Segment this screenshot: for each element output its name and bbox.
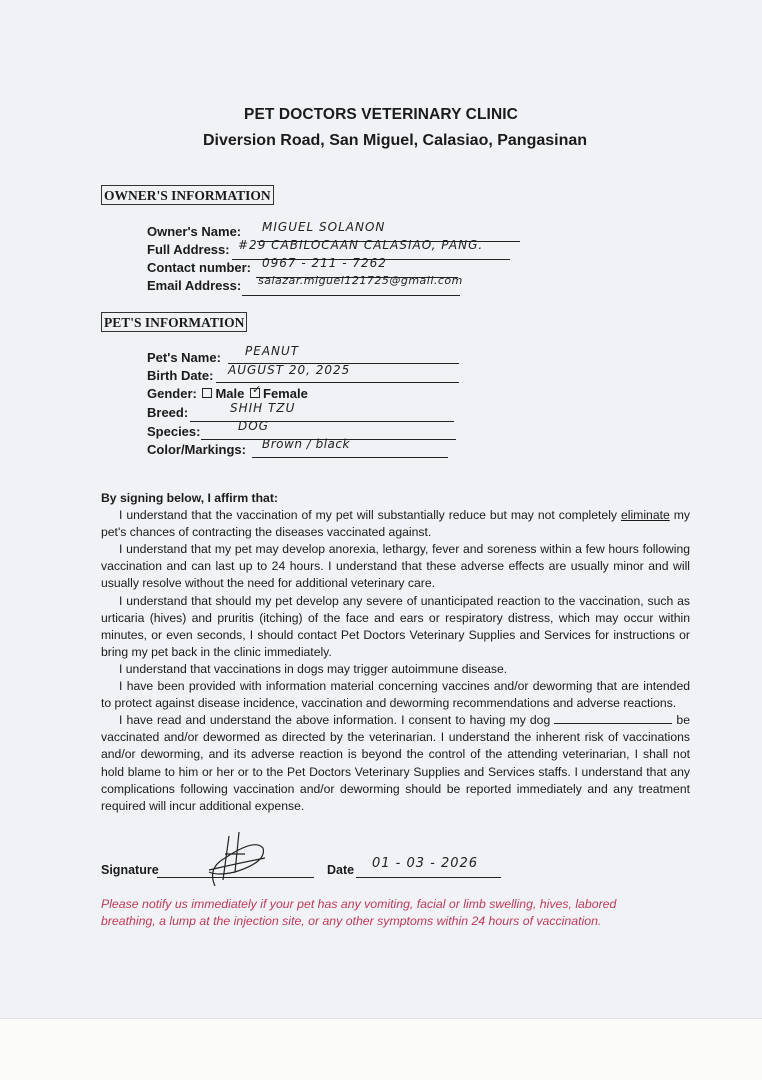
owner-section-heading: OWNER'S INFORMATION <box>101 185 274 205</box>
checkmark-icon: ✓ <box>252 383 261 396</box>
pet-name-value: PEANUT <box>245 344 299 358</box>
female-option-label: Female <box>263 386 308 401</box>
full-address-value: #29 CABILOCAAN CALASIAO, PANG. <box>238 238 483 252</box>
email-address-label: Email Address: <box>147 278 241 293</box>
contact-number-value: 0967 - 211 - 7262 <box>262 256 387 270</box>
birth-date-value: AUGUST 20, 2025 <box>228 363 350 377</box>
species-label: Species: <box>147 424 200 439</box>
color-markings-label: Color/Markings: <box>147 442 246 457</box>
breed-label: Breed: <box>147 405 188 420</box>
female-checkbox[interactable]: ✓ <box>250 388 260 398</box>
pet-name-label: Pet's Name: <box>147 350 221 365</box>
email-address-value: salazar.miguel121725@gmail.com <box>258 274 463 287</box>
signature-scribble-icon <box>195 828 275 890</box>
birth-date-label: Birth Date: <box>147 368 213 383</box>
male-option-label: Male <box>215 386 244 401</box>
consent-paragraph-1: I understand that the vaccination of my … <box>101 507 690 541</box>
scan-background <box>0 1018 762 1080</box>
owner-name-label: Owner's Name: <box>147 224 241 239</box>
consent-paragraph-5: I have been provided with information ma… <box>101 678 690 712</box>
owner-name-value: MIGUEL SOLANON <box>262 220 385 234</box>
gender-row: Gender: Male ✓Female <box>147 386 308 401</box>
consent-text: By signing below, I affirm that: I under… <box>101 490 690 815</box>
date-label: Date <box>327 863 354 877</box>
clinic-title: PET DOCTORS VETERINARY CLINIC <box>0 106 762 124</box>
male-checkbox[interactable] <box>202 388 212 398</box>
species-value: DOG <box>238 419 269 433</box>
aftercare-notice: Please notify us immediately if your pet… <box>101 896 661 930</box>
pet-section-heading: PET'S INFORMATION <box>101 312 247 332</box>
consent-paragraph-6: I have read and understand the above inf… <box>101 712 690 815</box>
date-value: 01 - 03 - 2026 <box>372 856 478 871</box>
consent-paragraph-2: I understand that my pet may develop ano… <box>101 541 690 592</box>
dog-name-blank[interactable] <box>554 712 672 724</box>
consent-paragraph-3: I understand that should my pet develop … <box>101 593 690 661</box>
breed-value: SHIH TZU <box>230 401 295 415</box>
full-address-label: Full Address: <box>147 242 230 257</box>
contact-number-label: Contact number: <box>147 260 251 275</box>
consent-lead: By signing below, I affirm that: <box>101 490 690 507</box>
clinic-address: Diversion Road, San Miguel, Calasiao, Pa… <box>0 132 762 150</box>
gender-label: Gender: <box>147 386 197 401</box>
consent-paragraph-4: I understand that vaccinations in dogs m… <box>101 661 690 678</box>
signature-label: Signature <box>101 863 159 877</box>
color-markings-value: Brown / black <box>262 437 350 451</box>
